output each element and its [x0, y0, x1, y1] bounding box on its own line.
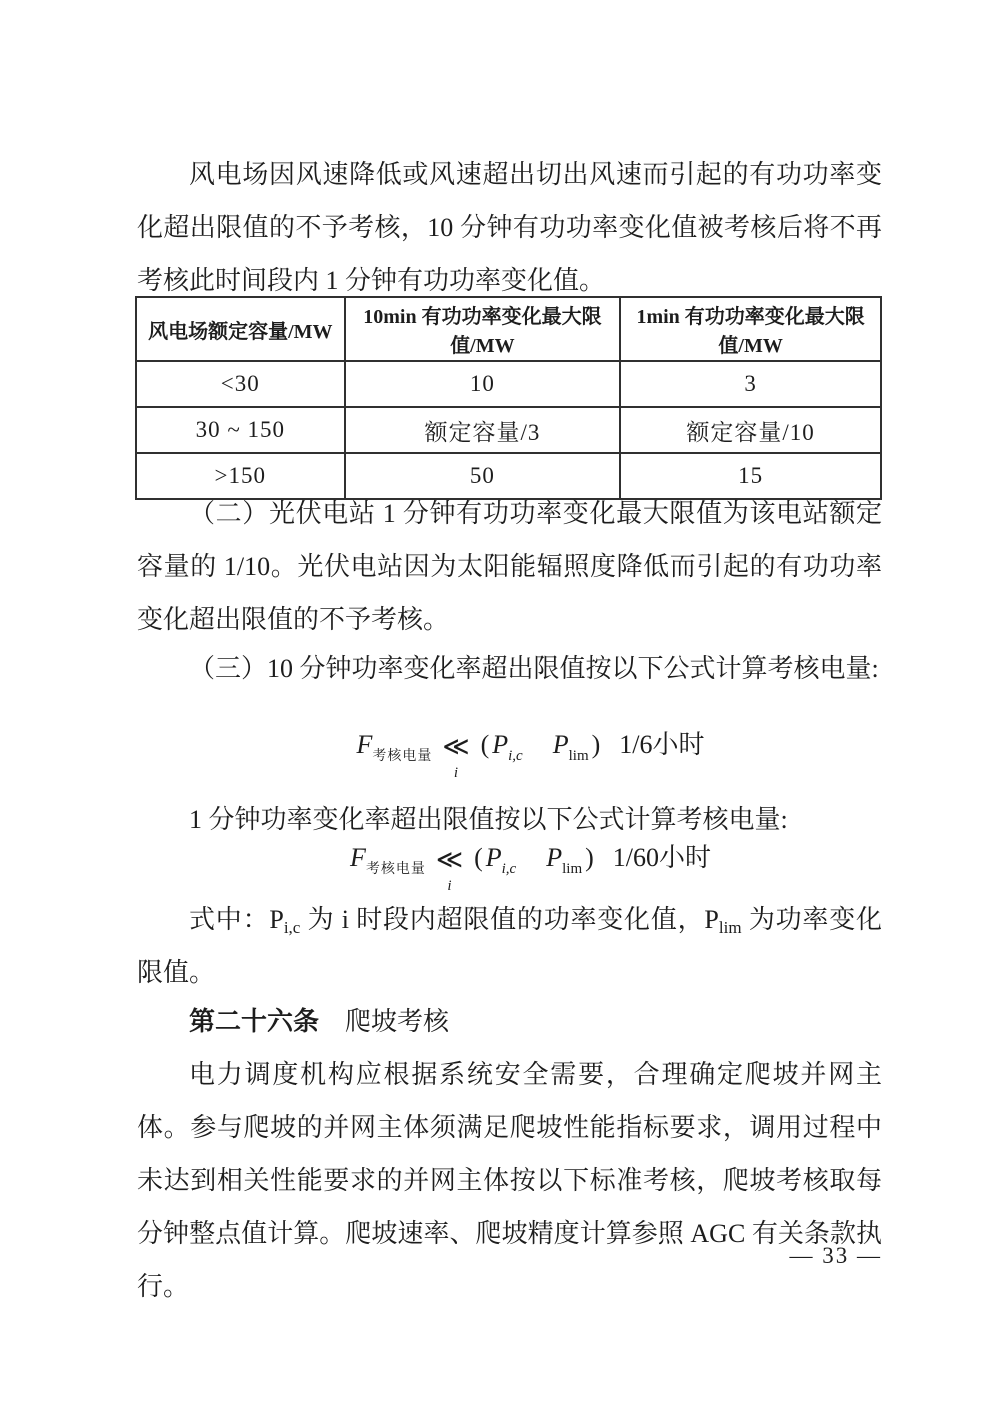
table-cell: 额定容量/3	[345, 407, 621, 453]
p-symbol: P	[269, 905, 283, 934]
table-header-row: 风电场额定容量/MW 10min 有功功率变化最大限值/MW 1min 有功功率…	[136, 297, 881, 361]
table-cell: 10	[345, 361, 621, 407]
power-change-limit-table: 风电场额定容量/MW 10min 有功功率变化最大限值/MW 1min 有功功率…	[135, 296, 882, 500]
paragraph-pv-station: （二）光伏电站 1 分钟有功功率变化最大限值为该电站额定容量的 1/10。光伏电…	[137, 487, 882, 646]
document-page: 风电场因风速降低或风速超出切出风速而引起的有功功率变化超出限值的不予考核，10 …	[0, 0, 1000, 1414]
article-title: 爬坡考核	[345, 1007, 449, 1036]
table-cell: 3	[620, 361, 881, 407]
paragraph-notation-definition: 式中：Pi,c 为 i 时段内超限值的功率变化值，Plim 为功率变化限值。	[137, 893, 882, 999]
index-i: i	[442, 766, 469, 781]
p-subscript: i,c	[284, 918, 301, 937]
formula-p-subscript: i,c	[508, 748, 523, 764]
formula-p-subscript: lim	[562, 861, 582, 877]
formula-10min-assessment: F考核电量≪i(Pi,cPlim)1/6小时	[137, 730, 882, 781]
much-less-than-symbol: ≪	[442, 734, 469, 760]
formula-time-factor: 1/60小时	[613, 843, 711, 872]
formula-p-symbol: P	[492, 730, 508, 759]
formula-time-factor: 1/6小时	[619, 730, 704, 759]
formula-p-symbol: P	[553, 730, 569, 759]
table-cell: <30	[136, 361, 345, 407]
formula-operator-with-index: ≪i	[436, 847, 463, 894]
paragraph-wind-power-assessment: 风电场因风速降低或风速超出切出风速而引起的有功功率变化超出限值的不予考核，10 …	[137, 148, 882, 307]
formula-f-symbol: F	[350, 843, 366, 872]
notation-lead: 式中：	[189, 905, 269, 934]
table-header-10min-limit: 10min 有功功率变化最大限值/MW	[345, 297, 621, 361]
formula-p-subscript: lim	[569, 748, 589, 764]
table-row: <30 10 3	[136, 361, 881, 407]
index-i: i	[436, 879, 463, 894]
formula-f-symbol: F	[356, 730, 372, 759]
paragraph-ramp-assessment: 电力调度机构应根据系统安全需要，合理确定爬坡并网主体。参与爬坡的并网主体须满足爬…	[137, 1048, 882, 1313]
table-cell: 30 ~ 150	[136, 407, 345, 453]
table-row: 30 ~ 150 额定容量/3 额定容量/10	[136, 407, 881, 453]
table-header-capacity: 风电场额定容量/MW	[136, 297, 345, 361]
article-number: 第二十六条	[189, 1007, 319, 1036]
formula-p-symbol: P	[546, 843, 562, 872]
paragraph-1min-formula-intro: 1 分钟功率变化率超出限值按以下公式计算考核电量:	[137, 793, 882, 846]
article-26-heading: 第二十六条爬坡考核	[137, 995, 882, 1048]
left-paren: (	[481, 730, 490, 759]
formula-operator-with-index: ≪i	[442, 734, 469, 781]
much-less-than-symbol: ≪	[436, 847, 463, 873]
paragraph-10min-formula-intro: （三）10 分钟功率变化率超出限值按以下公式计算考核电量:	[137, 642, 882, 695]
page-number: — 33 —	[137, 1243, 882, 1269]
formula-1min-assessment: F考核电量≪i(Pi,cPlim)1/60小时	[137, 843, 882, 894]
formula-p-subscript: i,c	[502, 861, 517, 877]
right-paren: )	[585, 843, 594, 872]
p-symbol: P	[704, 905, 718, 934]
formula-f-subscript: 考核电量	[366, 862, 426, 877]
notation-middle: 为 i 时段内超限值的功率变化值，	[300, 905, 704, 934]
formula-p-symbol: P	[486, 843, 502, 872]
table-header-1min-limit: 1min 有功功率变化最大限值/MW	[620, 297, 881, 361]
right-paren: )	[592, 730, 601, 759]
table-cell: 额定容量/10	[620, 407, 881, 453]
formula-f-subscript: 考核电量	[372, 749, 432, 764]
p-subscript: lim	[719, 918, 742, 937]
left-paren: (	[474, 843, 483, 872]
